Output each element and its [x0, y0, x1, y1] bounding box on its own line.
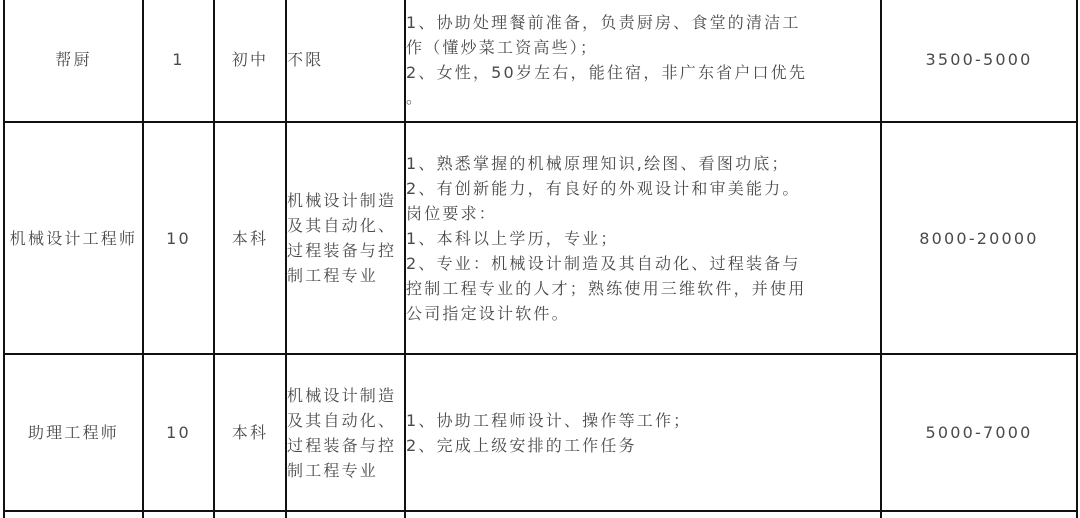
salary-cell: 8000-20000 — [881, 122, 1077, 354]
description-line: 作（懂炒菜工资高些）； — [406, 35, 880, 60]
major-cell: 机械设计制造及其自动化、过程装备与控制工程专业 — [286, 122, 405, 354]
salary: 3500-5000 — [925, 50, 1032, 69]
salary-cell: 3500-5000 — [881, 0, 1077, 122]
education: 初中 — [232, 50, 268, 69]
description-line: 2、有创新能力，有良好的外观设计和审美能力。 — [406, 176, 880, 201]
major-cell: 机械设计制造及其自动化、过程装备与控制工程专业 — [286, 354, 405, 511]
description-line: 。 — [406, 85, 880, 110]
headcount-cell: 10 — [143, 122, 214, 354]
education: 本科 — [232, 229, 268, 248]
salary: 8000-20000 — [919, 229, 1038, 248]
table-row: 机械设计工程师 10 本科 机械设计制造及其自动化、过程装备与控制工程专业 1、… — [4, 122, 1077, 354]
major: 机械设计制造及其自动化、过程装备与控制工程专业 — [287, 188, 404, 288]
description-line: 1、熟悉掌握的机械原理知识,绘图、看图功底； — [406, 151, 880, 176]
major: 不限 — [287, 47, 404, 72]
job-title: 帮厨 — [55, 50, 91, 69]
salary-cell: 5000-7000 — [881, 354, 1077, 511]
major-cell: 不限 — [286, 0, 405, 122]
description-line: 2、完成上级安排的工作任务 — [406, 433, 880, 458]
education-cell: 本科 — [214, 122, 286, 354]
description-line: 公司指定设计软件。 — [406, 301, 880, 326]
job-title-cell: 助理工程师 — [4, 354, 143, 511]
empty-cell — [405, 511, 881, 518]
headcount-cell: 10 — [143, 354, 214, 511]
description-line: 1、本科以上学历，专业； — [406, 226, 880, 251]
job-title-cell: 机械设计工程师 — [4, 122, 143, 354]
headcount: 10 — [166, 229, 191, 248]
description-line: 1、协助处理餐前准备，负责厨房、食堂的清洁工 — [406, 10, 880, 35]
description-line: 1、协助工程师设计、操作等工作； — [406, 408, 880, 433]
description-line: 2、女性，50岁左右，能住宿，非广东省户口优先 — [406, 60, 880, 85]
major: 机械设计制造及其自动化、过程装备与控制工程专业 — [287, 383, 404, 483]
job-listing-table: 帮厨 1 初中 不限 1、协助处理餐前准备，负责厨房、食堂的清洁工 作（懂炒菜工… — [3, 0, 1078, 518]
table-row-partial — [4, 511, 1077, 518]
description-line: 2、专业：机械设计制造及其自动化、过程装备与 — [406, 251, 880, 276]
empty-cell — [4, 511, 143, 518]
table-row: 助理工程师 10 本科 机械设计制造及其自动化、过程装备与控制工程专业 1、协助… — [4, 354, 1077, 511]
headcount: 1 — [172, 50, 184, 69]
education-cell: 初中 — [214, 0, 286, 122]
description-cell: 1、协助处理餐前准备，负责厨房、食堂的清洁工 作（懂炒菜工资高些）； 2、女性，… — [405, 0, 881, 122]
empty-cell — [286, 511, 405, 518]
headcount-cell: 1 — [143, 0, 214, 122]
description-cell: 1、熟悉掌握的机械原理知识,绘图、看图功底； 2、有创新能力，有良好的外观设计和… — [405, 122, 881, 354]
description-cell: 1、协助工程师设计、操作等工作； 2、完成上级安排的工作任务 — [405, 354, 881, 511]
headcount: 10 — [166, 423, 191, 442]
job-title: 助理工程师 — [28, 423, 119, 442]
empty-cell — [214, 511, 286, 518]
job-title-cell: 帮厨 — [4, 0, 143, 122]
empty-cell — [143, 511, 214, 518]
description-line: 控制工程专业的人才；熟练使用三维软件，并使用 — [406, 276, 880, 301]
education: 本科 — [232, 423, 268, 442]
empty-cell — [881, 511, 1077, 518]
table-row: 帮厨 1 初中 不限 1、协助处理餐前准备，负责厨房、食堂的清洁工 作（懂炒菜工… — [4, 0, 1077, 122]
salary: 5000-7000 — [925, 423, 1032, 442]
education-cell: 本科 — [214, 354, 286, 511]
description-line: 岗位要求： — [406, 201, 880, 226]
job-title: 机械设计工程师 — [5, 226, 142, 251]
